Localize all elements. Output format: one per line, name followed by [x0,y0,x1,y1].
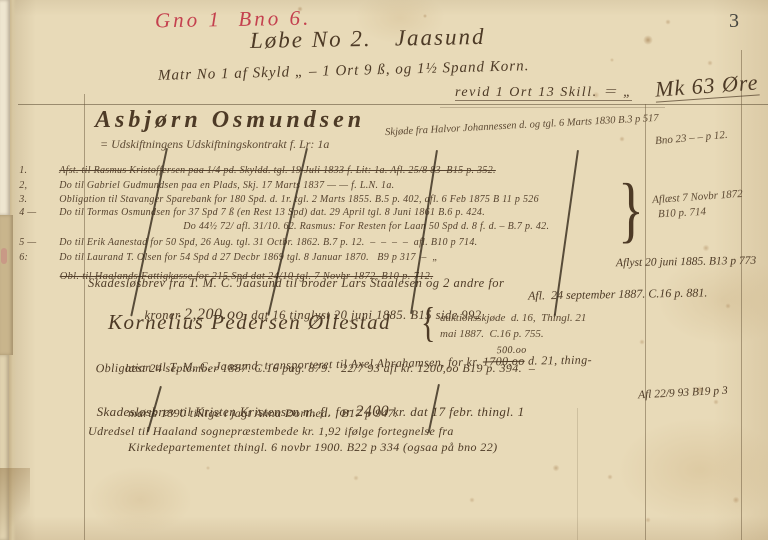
owner2-deed-line2: mai 1887. C.16 p. 755. [440,328,544,340]
udskiftning-line: = Udskiftningens Udskiftningskontrakt f.… [100,138,329,151]
udredsel-line1: Udredsel til Haaland sognepræstembede kr… [88,425,454,438]
owner-name-2: Kornelius Pedersen Øllestad [108,311,391,334]
margin-bracket: } [618,167,644,251]
skadeslosbrev2-margin-note: Afl 22/9 93 B19 p 3 [638,385,728,402]
header-rule-double [440,107,665,108]
obligation2-line2: læst 24 september 1887. C.16 pag. 879. 2… [125,362,535,375]
matrikkel-line: Matr No 1 af Skyld „ – 1 Ort 9 ß, og 1½ … [158,58,530,84]
farm-title: Løbe No 2. Jaasund [250,24,486,53]
column-rule-faint [577,408,578,540]
skadeslosbrev2-line2: marts 1890 tillige i jagt Anna Dorthea. … [128,407,398,420]
revision-line: revid 1 Ort 13 Skill. ＝ „ [455,85,632,101]
udredsel-line2: Kirkedepartementet thingl. 6 novbr 1900.… [128,441,498,454]
entry-number: 4 — [19,207,59,218]
bracket-note-line2: B10 p. 714 [658,206,707,221]
page-edge-pink-mark [1,248,7,264]
skadeslosbrev1-line1: Skadesløsbrev fra T. M. C. Jaasund til b… [88,277,504,291]
column-rule-aflysning [645,104,646,540]
bracket-note-line1: Aflæst 7 Novbr 1872 [652,188,743,206]
owner2-deed-line1: auktionsskjøde d. 16, Thingl. 21 [440,312,586,324]
owner1-deed-note: Skjøde fra Halvor Johannessen d. og tgl.… [385,113,659,139]
revision-value: Mk 63 Øre [654,70,759,102]
skadeslosbrev2-suffix: kr. dat 17 febr. thingl. 1 [389,404,524,419]
obligation2-amount-new: 500.oo [497,345,527,357]
page-corner-shadow [0,468,30,540]
column-rule-right [741,50,742,540]
owner1-margin-bno-ref: Bno 23 – – p 12. [655,129,729,147]
owner2-brace: { [421,300,435,348]
aflyst-note: Aflyst 20 juni 1885. B13 p 773 [616,255,756,270]
owner-name-1: Asbjørn Osmundsen [95,107,365,133]
folio-number: 3 [729,10,739,32]
ledger-page: Gno 1 Bno 6. 3 Løbe No 2. Jaasund Matr N… [0,0,768,540]
header-rule [18,104,768,105]
